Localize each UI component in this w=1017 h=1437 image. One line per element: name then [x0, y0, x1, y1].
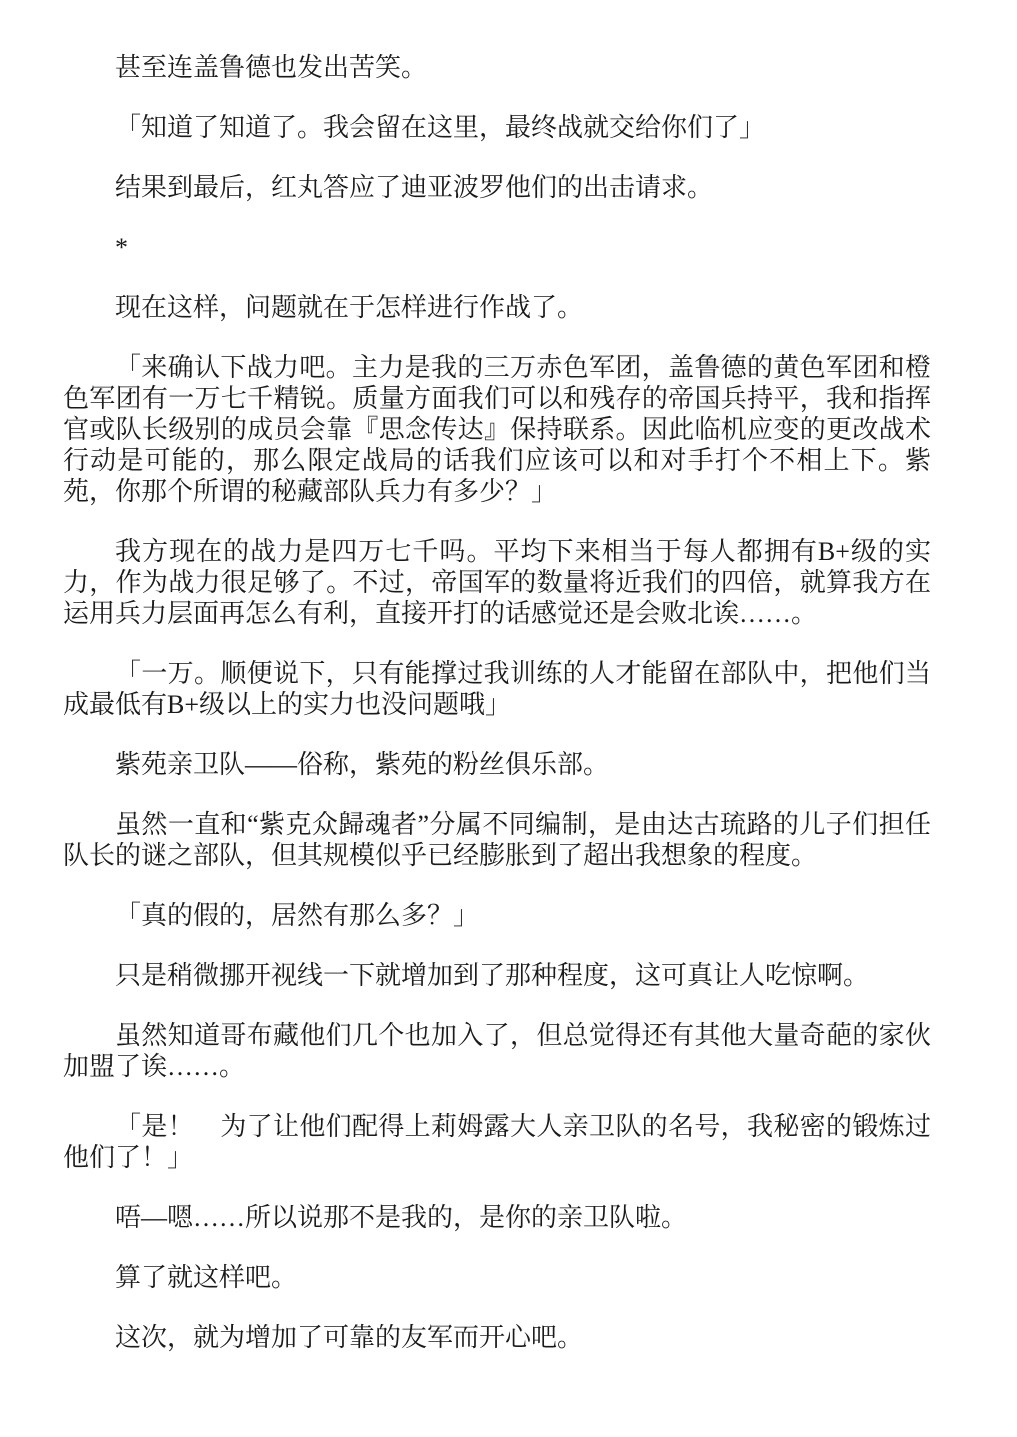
paragraph-dialogue: 「是！ 为了让他们配得上莉姆露大人亲卫队的名号，我秘密的锻炼过他们了！」 [63, 1111, 931, 1173]
paragraph: 虽然知道哥布藏他们几个也加入了，但总觉得还有其他大量奇葩的家伙加盟了诶……。 [63, 1020, 931, 1082]
paragraph: 甚至连盖鲁德也发出苦笑。 [63, 52, 931, 83]
paragraph: 算了就这样吧。 [63, 1262, 931, 1293]
page: 甚至连盖鲁德也发出苦笑。 「知道了知道了。我会留在这里，最终战就交给你们了」 结… [0, 0, 1017, 1437]
paragraph: 只是稍微挪开视线一下就增加到了那种程度，这可真让人吃惊啊。 [63, 960, 931, 991]
novel-text-block: 甚至连盖鲁德也发出苦笑。 「知道了知道了。我会留在这里，最终战就交给你们了」 结… [63, 52, 931, 1353]
paragraph: 结果到最后，红丸答应了迪亚波罗他们的出击请求。 [63, 172, 931, 203]
paragraph: 唔—嗯……所以说那不是我的，是你的亲卫队啦。 [63, 1202, 931, 1233]
paragraph: 紫苑亲卫队——俗称，紫苑的粉丝俱乐部。 [63, 749, 931, 780]
paragraph: 虽然一直和“紫克众歸魂者”分属不同编制，是由达古琉路的儿子们担任队长的谜之部队，… [63, 809, 931, 871]
paragraph-dialogue: 「一万。顺便说下，只有能撑过我训练的人才能留在部队中，把他们当成最低有B+级以上… [63, 658, 931, 720]
paragraph: 我方现在的战力是四万七千吗。平均下来相当于每人都拥有B+级的实力，作为战力很足够… [63, 536, 931, 629]
paragraph-dialogue: 「真的假的，居然有那么多？」 [63, 900, 931, 931]
section-divider: * [63, 232, 931, 263]
paragraph-dialogue: 「知道了知道了。我会留在这里，最终战就交给你们了」 [63, 112, 931, 143]
paragraph: 现在这样，问题就在于怎样进行作战了。 [63, 292, 931, 323]
paragraph-dialogue: 「来确认下战力吧。主力是我的三万赤色军团，盖鲁德的黄色军团和橙色军团有一万七千精… [63, 352, 931, 507]
paragraph: 这次，就为增加了可靠的友军而开心吧。 [63, 1322, 931, 1353]
